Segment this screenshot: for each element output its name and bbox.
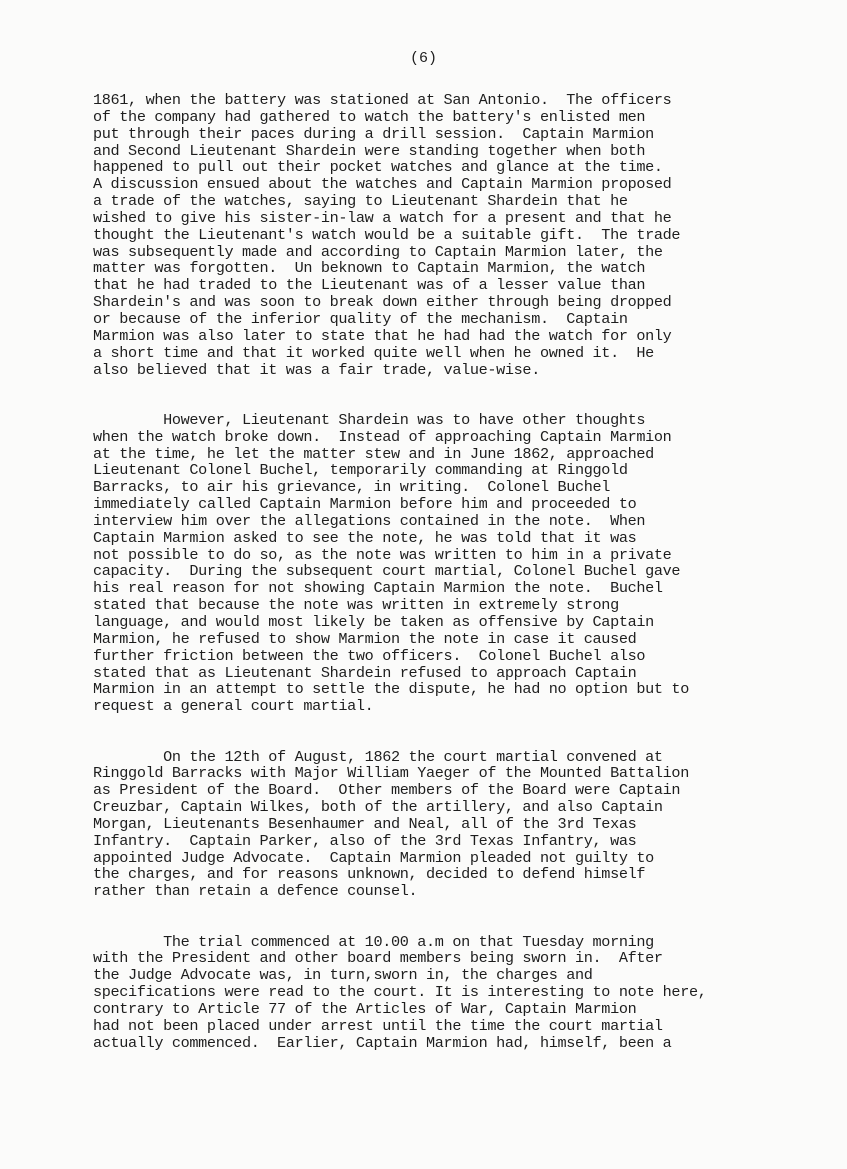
text-line: wished to give his sister-in-law a watch…: [93, 210, 813, 227]
text-line: a trade of the watches, saying to Lieute…: [93, 193, 813, 210]
paragraph-gap: [93, 378, 813, 412]
paragraph-court-martial-convened: On the 12th of August, 1862 the court ma…: [93, 749, 813, 901]
text-line: contrary to Article 77 of the Articles o…: [93, 1001, 813, 1018]
text-line: the Judge Advocate was, in turn,sworn in…: [93, 967, 813, 984]
paragraph-gap: [93, 715, 813, 749]
text-line: Ringgold Barracks with Major William Yae…: [93, 765, 813, 782]
paragraph-watch-trade: 1861, when the battery was stationed at …: [93, 92, 813, 378]
text-line: of the company had gathered to watch the…: [93, 109, 813, 126]
text-line: Morgan, Lieutenants Besenhaumer and Neal…: [93, 816, 813, 833]
text-line: when the watch broke down. Instead of ap…: [93, 429, 813, 446]
text-line: Captain Marmion asked to see the note, h…: [93, 530, 813, 547]
text-line: Shardein's and was soon to break down ei…: [93, 294, 813, 311]
text-line: and Second Lieutenant Shardein were stan…: [93, 143, 813, 160]
text-line: further friction between the two officer…: [93, 648, 813, 665]
text-line: On the 12th of August, 1862 the court ma…: [93, 749, 813, 766]
paragraph-trial-commenced: The trial commenced at 10.00 a.m on that…: [93, 934, 813, 1052]
text-line: immediately called Captain Marmion befor…: [93, 496, 813, 513]
text-line: a short time and that it worked quite we…: [93, 345, 813, 362]
text-line: A discussion ensued about the watches an…: [93, 176, 813, 193]
page-number: (6): [0, 50, 847, 67]
text-line: stated that as Lieutenant Shardein refus…: [93, 665, 813, 682]
text-line: The trial commenced at 10.00 a.m on that…: [93, 934, 813, 951]
text-line: request a general court martial.: [93, 698, 813, 715]
text-line: or because of the inferior quality of th…: [93, 311, 813, 328]
text-line: Marmion was also later to state that he …: [93, 328, 813, 345]
text-line: Barracks, to air his grievance, in writi…: [93, 479, 813, 496]
text-line: not possible to do so, as the note was w…: [93, 547, 813, 564]
text-line: 1861, when the battery was stationed at …: [93, 92, 813, 109]
text-line: specifications were read to the court. I…: [93, 984, 813, 1001]
text-line: However, Lieutenant Shardein was to have…: [93, 412, 813, 429]
text-line: was subsequently made and according to C…: [93, 244, 813, 261]
text-line: capacity. During the subsequent court ma…: [93, 563, 813, 580]
text-line: put through their paces during a drill s…: [93, 126, 813, 143]
text-line: Lieutenant Colonel Buchel, temporarily c…: [93, 462, 813, 479]
text-line: Marmion, he refused to show Marmion the …: [93, 631, 813, 648]
text-line: interview him over the allegations conta…: [93, 513, 813, 530]
text-line: with the President and other board membe…: [93, 950, 813, 967]
text-line: his real reason for not showing Captain …: [93, 580, 813, 597]
text-line: Infantry. Captain Parker, also of the 3r…: [93, 833, 813, 850]
text-line: language, and would most likely be taken…: [93, 614, 813, 631]
text-line: appointed Judge Advocate. Captain Marmio…: [93, 850, 813, 867]
text-line: rather than retain a defence counsel.: [93, 883, 813, 900]
text-line: the charges, and for reasons unknown, de…: [93, 866, 813, 883]
text-line: actually commenced. Earlier, Captain Mar…: [93, 1035, 813, 1052]
text-line: also believed that it was a fair trade, …: [93, 362, 813, 379]
text-line: stated that because the note was written…: [93, 597, 813, 614]
text-line: that he had traded to the Lieutenant was…: [93, 277, 813, 294]
text-line: Marmion in an attempt to settle the disp…: [93, 681, 813, 698]
paragraph-grievance: However, Lieutenant Shardein was to have…: [93, 412, 813, 715]
text-line: Creuzbar, Captain Wilkes, both of the ar…: [93, 799, 813, 816]
paragraph-gap: [93, 900, 813, 934]
text-line: matter was forgotten. Un beknown to Capt…: [93, 260, 813, 277]
document-body: 1861, when the battery was stationed at …: [93, 92, 813, 1052]
text-line: had not been placed under arrest until t…: [93, 1018, 813, 1035]
text-line: happened to pull out their pocket watche…: [93, 159, 813, 176]
text-line: thought the Lieutenant's watch would be …: [93, 227, 813, 244]
text-line: at the time, he let the matter stew and …: [93, 446, 813, 463]
text-line: as President of the Board. Other members…: [93, 782, 813, 799]
